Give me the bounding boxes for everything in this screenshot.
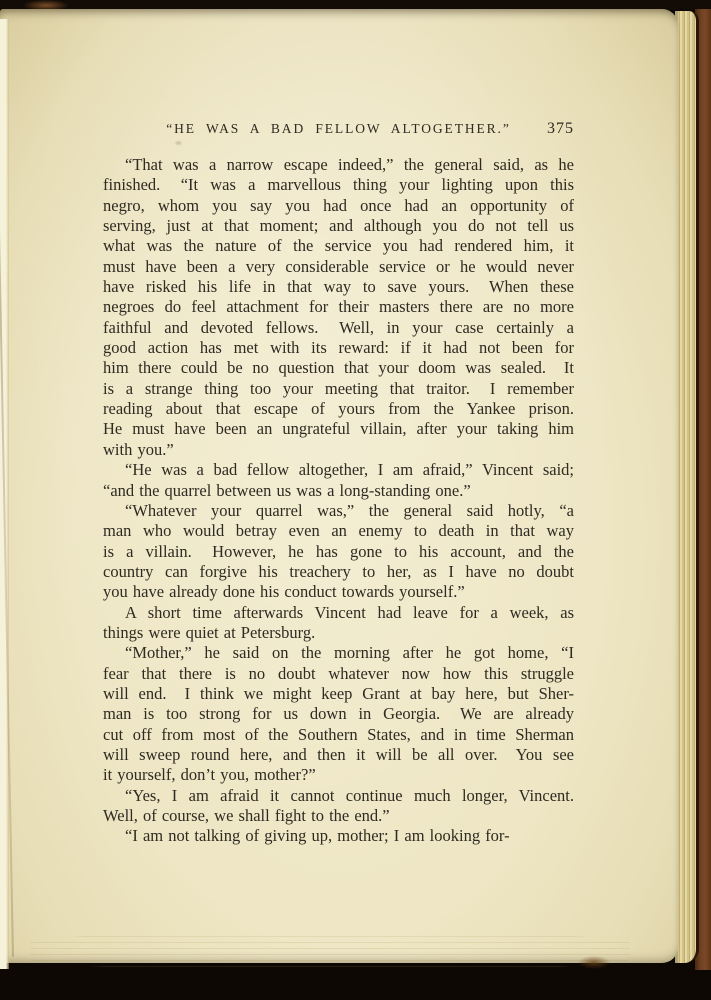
text-line: “Yes, I am afraid it cannot continue muc…	[103, 786, 574, 806]
text-line: negro, whom you say you had once had an …	[103, 196, 574, 216]
page-text: “That was a narrow escape indeed,” the g…	[103, 155, 574, 847]
running-title: “HE WAS A BAD FELLOW ALTOGETHER.”	[103, 118, 574, 140]
fore-edge-pages	[675, 11, 699, 963]
text-line: with you.”	[103, 440, 574, 460]
text-line: fear that there is no doubt whatever now…	[103, 664, 574, 684]
text-line: country can forgive his treachery to her…	[103, 562, 574, 582]
book-page: “HE WAS A BAD FELLOW ALTOGETHER.” 375 “T…	[0, 9, 678, 963]
text-line: is a strange thing too your meeting that…	[103, 379, 574, 399]
text-line: negroes do feel attachment for their mas…	[103, 297, 574, 317]
page-bottom-edges	[30, 931, 630, 971]
text-line: A short time afterwards Vincent had leav…	[103, 603, 574, 623]
text-line: “He was a bad fellow altogether, I am af…	[103, 460, 574, 480]
text-line: Well, of course, we shall fight to the e…	[103, 806, 574, 826]
text-line: “That was a narrow escape indeed,” the g…	[103, 155, 574, 175]
text-line: will end. I think we might keep Grant at…	[103, 684, 574, 704]
text-line: cut off from most of the Southern States…	[103, 725, 574, 745]
corner-stain	[578, 956, 610, 969]
page-header: “HE WAS A BAD FELLOW ALTOGETHER.” 375	[103, 118, 574, 140]
text-line: “I am not talking of giving up, mother; …	[103, 826, 574, 846]
text-line: is a villain. However, he has gone to hi…	[103, 542, 574, 562]
text-line: “and the quarrel between us was a long-s…	[103, 481, 574, 501]
text-line: have risked his life in that way to save…	[103, 277, 574, 297]
text-line: reading about that escape of yours from …	[103, 399, 574, 419]
text-line: things were quiet at Petersburg.	[103, 623, 574, 643]
text-line: faithful and devoted fellows. Well, in y…	[103, 318, 574, 338]
book-scan: “HE WAS A BAD FELLOW ALTOGETHER.” 375 “T…	[0, 0, 711, 1000]
text-line: good action has met with its reward: if …	[103, 338, 574, 358]
paper-blemish	[174, 140, 183, 146]
text-line: He must have been an ungrateful villain,…	[103, 419, 574, 439]
text-line: what was the nature of the service you h…	[103, 236, 574, 256]
page-number: 375	[547, 118, 574, 140]
text-line: “Whatever your quarrel was,” the general…	[103, 501, 574, 521]
text-line: serving, just at that moment; and althou…	[103, 216, 574, 236]
text-line: “Mother,” he said on the morning after h…	[103, 643, 574, 663]
text-line: man who would betray even an enemy to de…	[103, 521, 574, 541]
text-line: you have already done his conduct toward…	[103, 582, 574, 602]
text-line: him there could be no question that your…	[103, 358, 574, 378]
text-line: must have been a very considerable servi…	[103, 257, 574, 277]
text-line: it yourself, don’t you, mother?”	[103, 765, 574, 785]
text-line: finished. “It was a marvellous thing you…	[103, 175, 574, 195]
text-line: will sweep round here, and then it will …	[103, 745, 574, 765]
text-line: man is too strong for us down in Georgia…	[103, 704, 574, 724]
